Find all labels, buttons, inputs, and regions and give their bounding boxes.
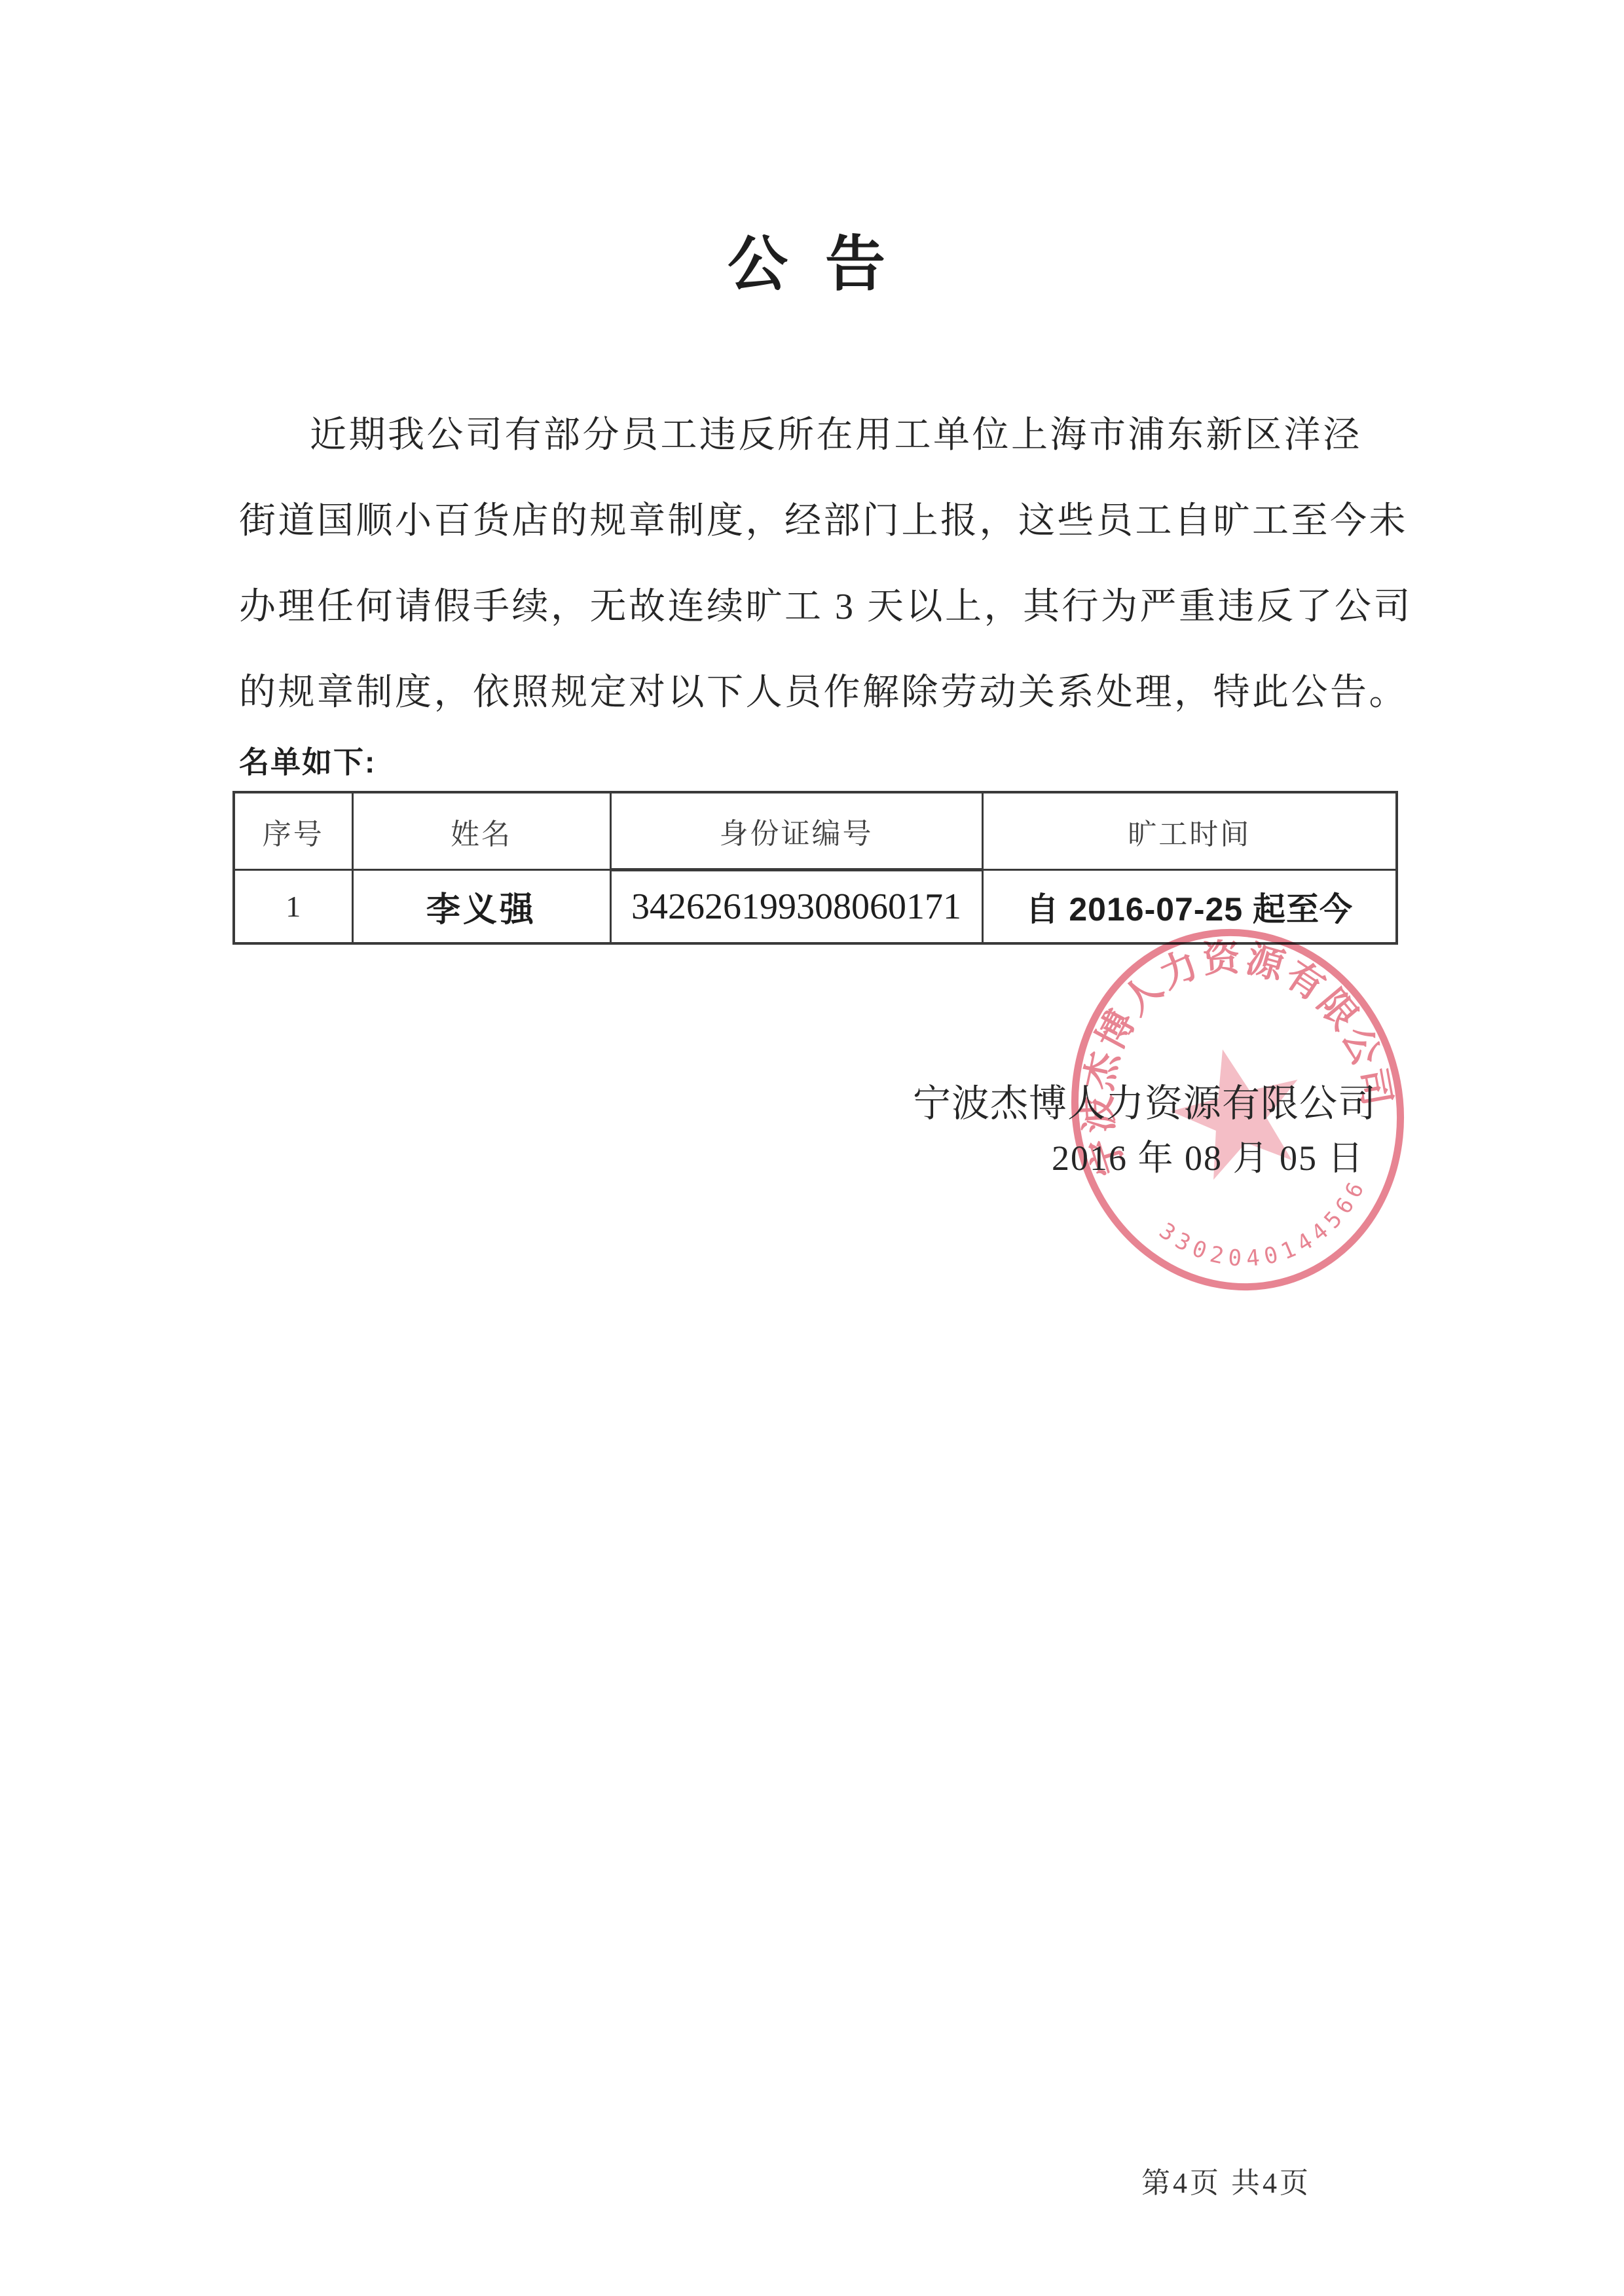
table-header-name: 姓名 — [352, 792, 610, 870]
page-number-footer: 第4页 共4页 — [1141, 2159, 1311, 2201]
notice-body: 近期我公司有部分员工违反所在用工单位上海市浦东新区洋泾 街道国顺小百货店的规章制… — [239, 393, 1401, 736]
document-page: 公 告 近期我公司有部分员工违反所在用工单位上海市浦东新区洋泾 街道国顺小百货店… — [0, 0, 1624, 2296]
signature-company: 宁波杰博人力资源有限公司 — [913, 1072, 1376, 1127]
body-line: 街道国顺小百货店的规章制度，经部门上报，这些员工自旷工至今未 — [239, 479, 1401, 564]
table-header-row: 序号 姓名 身份证编号 旷工时间 — [234, 792, 1397, 870]
table-header-period: 旷工时间 — [982, 792, 1397, 870]
body-line: 的规章制度，依照规定对以下人员作解除劳动关系处理，特此公告。 — [239, 650, 1401, 736]
cell-name: 李义强 — [352, 870, 610, 944]
list-label: 名单如下: — [239, 738, 376, 782]
cell-id: 342626199308060171 — [610, 870, 982, 944]
body-line: 办理任何请假手续，无故连续旷工 3 天以上，其行为严重违反了公司 — [239, 564, 1401, 650]
table-header-id: 身份证编号 — [610, 792, 982, 870]
body-line: 近期我公司有部分员工违反所在用工单位上海市浦东新区洋泾 — [239, 393, 1401, 479]
signature-date: 2016 年 08 月 05 日 — [1052, 1130, 1365, 1180]
table-header-index: 序号 — [234, 792, 352, 870]
cell-index: 1 — [234, 870, 352, 944]
page-title: 公 告 — [0, 216, 1624, 302]
